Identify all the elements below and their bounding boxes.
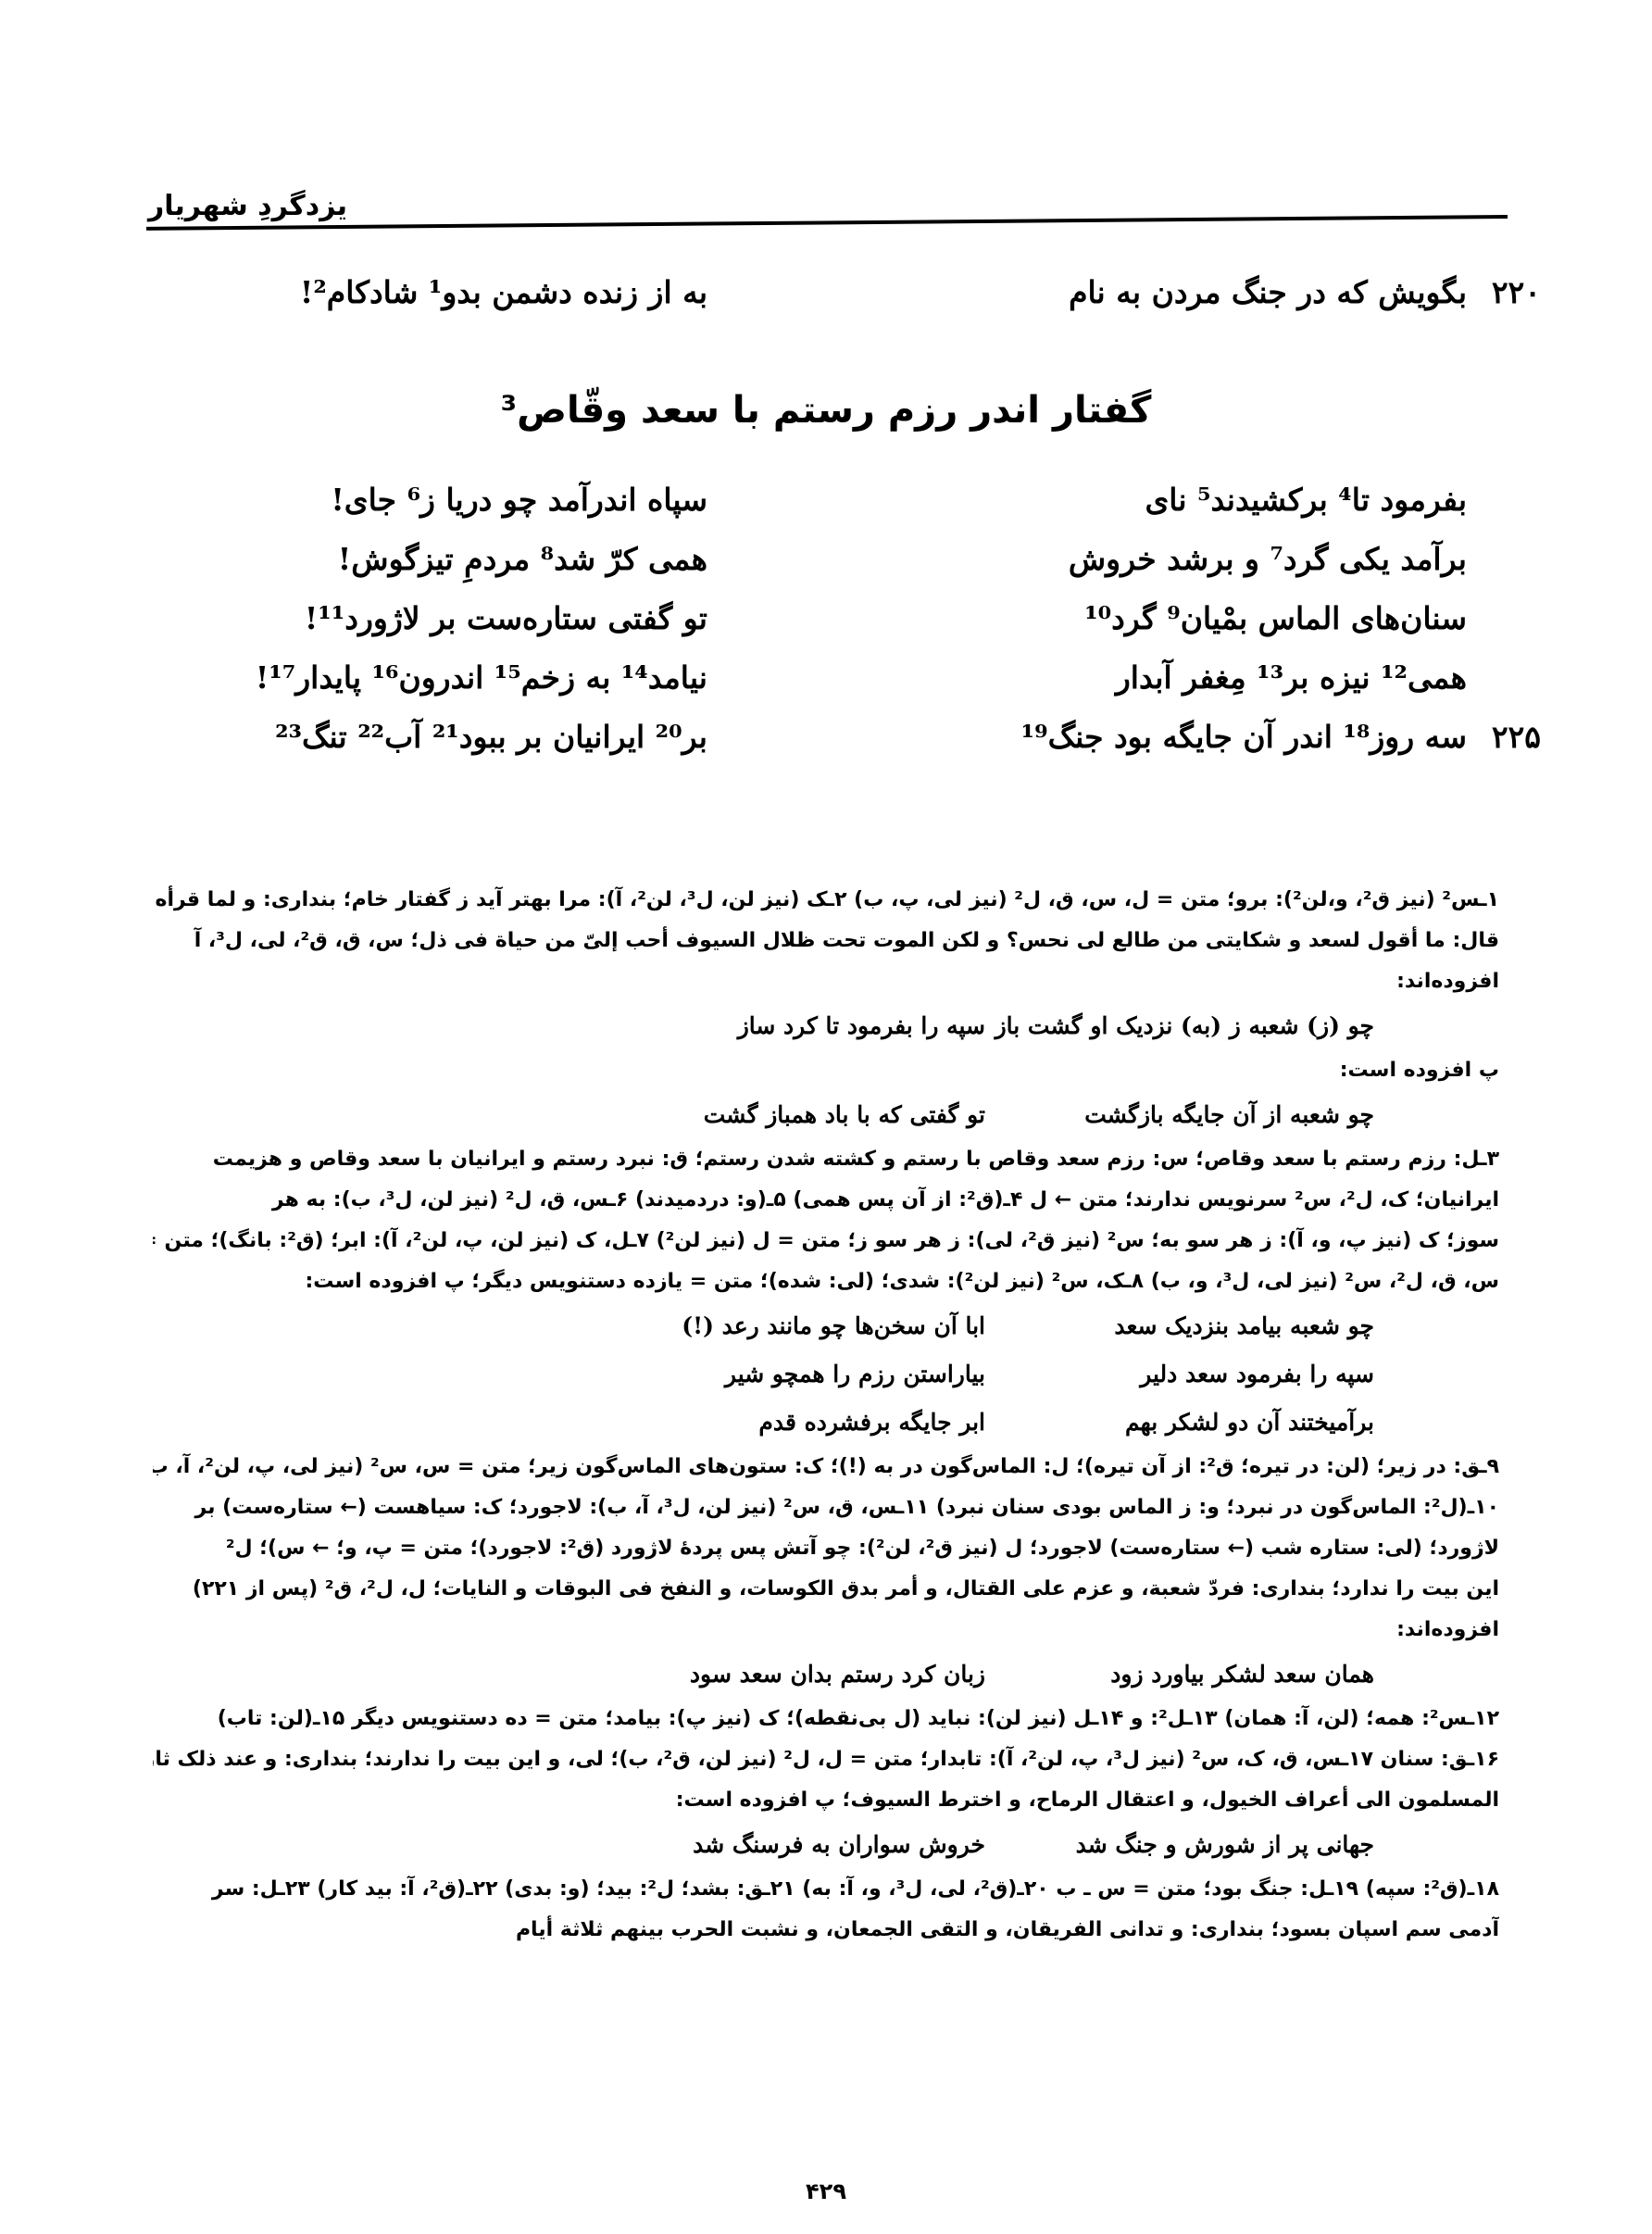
footnote-line: آدمی سم اسپان بسود؛ بنداری: و تدانی الفر… (153, 1910, 1499, 1951)
footnote-verse: جهانی پر از شورش و جنگ شد خروش سواران به… (153, 1821, 1499, 1869)
footnote-line: ۱۸ـ(ق²: سپه) ۱۹ـل: جنگ بود؛ متن = س ـ ب … (153, 1869, 1499, 1910)
header-rule (146, 215, 1508, 231)
footnote-verse: همان سعد لشکر بیاورد زود زبان کرد رستم ب… (153, 1650, 1499, 1699)
hemistich-1: چو شعبه بیامد بنزدیک سعد (985, 1302, 1374, 1350)
footnote-verse: چو (ز) شعبه ز (به) نزدیک او گشت باز سپه … (153, 1002, 1499, 1050)
hemistich-1: جهانی پر از شورش و جنگ شد (985, 1821, 1374, 1869)
footnote-line: قال: ما أقول لسعد و شکایتی من طالع لی نح… (153, 921, 1499, 961)
footnote-line: ۱۲ـس²: همه؛ (لن، آ: همان) ۱۳ـل²: و ۱۴ـل … (153, 1699, 1499, 1739)
running-head: یزدگردِ شهریار (148, 190, 347, 222)
hemistich-1: برآمد یکی گرد⁷ و برشد خروش (1069, 541, 1467, 577)
verse-number: ۲۲۵ (1492, 719, 1541, 755)
verse-225: ۲۲۵ سه روز¹⁸ اندر آن جایگه بود جنگ¹⁹ بر²… (204, 719, 1467, 763)
hemistich-2: سپه را بفرمود تا کرد ساز (738, 1002, 985, 1050)
hemistich-2: خروش سواران به فرسنگ شد (693, 1821, 985, 1869)
verse: برآمد یکی گرد⁷ و برشد خروش همی کرّ شد⁸ م… (204, 541, 1467, 585)
footnote-line: ۱۶ـق: سنان ۱۷ـس، ق، ک، س² (نیز ل³، پ، لن… (153, 1739, 1499, 1780)
hemistich-2: سپاه اندرآمد چو دریا ز⁶ جای! (331, 482, 707, 518)
footnote-line: ۹ـق: در زیر؛ (لن: در تیره؛ ق²: از آن تیر… (153, 1447, 1499, 1487)
footnote-line: افزوده‌اند: (153, 1610, 1499, 1650)
verse-220: ۲۲۰ بگویش که در جنگ مردن به نام به از زن… (204, 274, 1467, 319)
hemistich-1: بگویش که در جنگ مردن به نام (1069, 274, 1467, 310)
hemistich-1: برآمیختند آن دو لشکر بهم (985, 1399, 1374, 1447)
footnote-line: ۱۰ـ(ل²: الماس‌گون در نبرد؛ و: ز الماس بو… (153, 1487, 1499, 1528)
hemistich-1: سپه را بفرمود سعد دلیر (985, 1350, 1374, 1399)
footnote-line: افزوده‌اند: (153, 961, 1499, 1002)
hemistich-2: به از زنده دشمن بدو¹ شادکام²! (300, 274, 707, 310)
footnote-verse: چو شعبه بیامد بنزدیک سعد ابا آن سخن‌ها چ… (153, 1302, 1499, 1350)
hemistich-2: تو گفتی که با باد همباز گشت (704, 1091, 985, 1139)
hemistich-2: نیامد¹⁴ به زخم¹⁵ اندرون¹⁶ پایدار¹⁷! (256, 659, 707, 696)
footnote-verse: چو شعبه از آن جایگه بازگشت تو گفتی که با… (153, 1091, 1499, 1139)
footnote-line: ۱ـس² (نیز ق²، و،لن²): برو؛ متن = ل، س، ق… (153, 880, 1499, 921)
verse-number: ۲۲۰ (1492, 274, 1541, 310)
hemistich-1: بفرمود تا⁴ برکشیدند⁵ نای (1145, 482, 1467, 518)
footnote-line: این بیت را ندارد؛ بنداری: فردّ شعبة، و ع… (153, 1569, 1499, 1610)
book-page: یزدگردِ شهریار ۲۲۰ بگویش که در جنگ مردن … (0, 0, 1652, 2234)
hemistich-2: همی کرّ شد⁸ مردمِ تیزگوش! (338, 541, 707, 577)
hemistich-2: بر²⁰ ایرانیان بر ببود²¹ آب²² تنگ²³ (275, 719, 707, 755)
hemistich-1: سنان‌های الماس بمْیان⁹ گرد¹⁰ (1084, 600, 1467, 636)
footnotes: ۱ـس² (نیز ق²، و،لن²): برو؛ متن = ل، س، ق… (153, 880, 1499, 1951)
footnote-line: پ افزوده است: (153, 1050, 1499, 1091)
footnote-line: ایرانیان؛ ک، ل²، س² سرنویس ندارند؛ متن ←… (153, 1180, 1499, 1221)
footnote-line: ۳ـل: رزم رستم با سعد وقاص؛ س: رزم سعد وق… (153, 1139, 1499, 1180)
hemistich-1: همان سعد لشکر بیاورد زود (985, 1650, 1374, 1699)
page-number: ۴۲۹ (0, 2178, 1652, 2204)
footnote-line: لاژورد؛ (لی: ستاره شب (← ستاره‌ست) لاجور… (153, 1528, 1499, 1569)
footnote-line: س، ق، ل²، س² (نیز لی، ل³، و، ب) ۸ـک، س² … (153, 1261, 1499, 1302)
hemistich-1: همی¹² نیزه بر¹³ مِغفر آبدار (1116, 659, 1467, 696)
verse: بفرمود تا⁴ برکشیدند⁵ نای سپاه اندرآمد چو… (204, 482, 1467, 526)
verse: سنان‌های الماس بمْیان⁹ گرد¹⁰ تو گفتی ستا… (204, 600, 1467, 645)
footnote-verse: برآمیختند آن دو لشکر بهم ابر جایگه برفشر… (153, 1399, 1499, 1447)
hemistich-1: چو شعبه از آن جایگه بازگشت (985, 1091, 1374, 1139)
hemistich-2: بیاراستن رزم را همچو شیر (725, 1350, 985, 1399)
footnote-line: سوز؛ ک (نیز پ، و، آ): ز هر سو به؛ س² (نی… (153, 1221, 1499, 1261)
verse: همی¹² نیزه بر¹³ مِغفر آبدار نیامد¹⁴ به ز… (204, 659, 1467, 704)
section-title: گفتار اندر رزم رستم با سعد وقّاص³ (0, 389, 1652, 432)
hemistich-1: چو (ز) شعبه ز (به) نزدیک او گشت باز (985, 1002, 1374, 1050)
hemistich-2: تو گفتی ستاره‌ست بر لاژورد¹¹! (305, 600, 707, 636)
hemistich-2: ابا آن سخن‌ها چو مانند رعد (!) (682, 1302, 985, 1350)
footnote-verse: سپه را بفرمود سعد دلیر بیاراستن رزم را ه… (153, 1350, 1499, 1399)
hemistich-1: سه روز¹⁸ اندر آن جایگه بود جنگ¹⁹ (1021, 719, 1467, 755)
hemistich-2: ابر جایگه برفشرده قدم (758, 1399, 985, 1447)
footnote-line: المسلمون الی أعراف الخیول، و اعتقال الرم… (153, 1780, 1499, 1821)
hemistich-2: زبان کرد رستم بدان سعد سود (690, 1650, 985, 1699)
